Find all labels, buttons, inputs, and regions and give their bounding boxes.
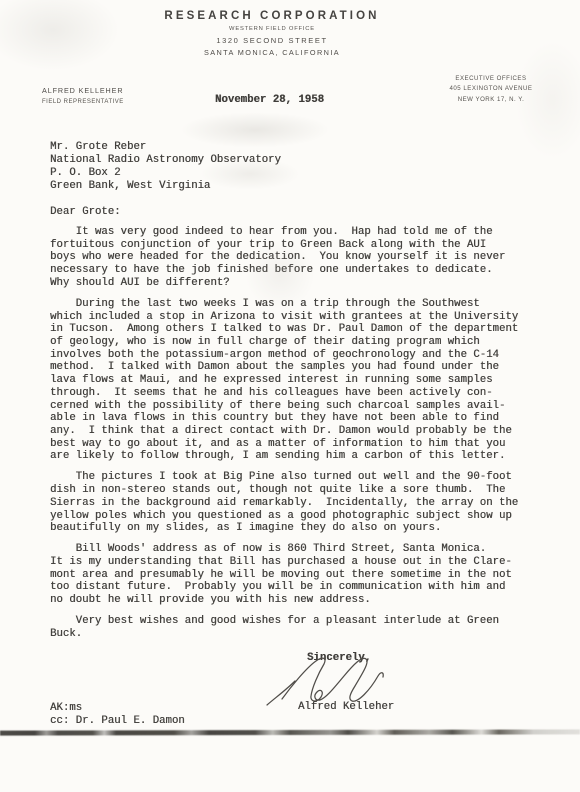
paragraph: The pictures I took at Big Pine also tur…	[50, 471, 536, 535]
letter-line: fortuitous conjunction of your trip to G…	[50, 239, 536, 252]
letter-line: too distant future. Probably you will be…	[50, 581, 536, 594]
letter-line: mont area and presumably he will be movi…	[50, 569, 536, 582]
letterhead-city: SANTA MONICA, CALIFORNIA	[0, 48, 544, 57]
recipient-line: P. O. Box 2	[50, 167, 281, 180]
letter-line: able in lava flows in this country but t…	[50, 412, 536, 425]
executive-offices-line: 405 LEXINGTON AVENUE	[447, 84, 535, 94]
letter-line: which included a stop in Arizona to visi…	[50, 311, 536, 324]
letter-line: in Tucson. Among others I talked to was …	[50, 323, 536, 336]
letterhead: RESEARCH CORPORATION WESTERN FIELD OFFIC…	[0, 10, 544, 57]
letter-date: November 28, 1958	[215, 94, 324, 107]
representative-name: ALFRED KELLEHER	[42, 86, 124, 95]
paragraph: It was very good indeed to hear from you…	[50, 226, 536, 290]
paragraph: Bill Woods' address as of now is 860 Thi…	[50, 543, 536, 607]
executive-offices-line: EXECUTIVE OFFICES	[447, 74, 535, 84]
letter-line: boys who were headed for the dedication.…	[50, 251, 536, 264]
representative-block: ALFRED KELLEHER FIELD REPRESENTATIVE	[42, 86, 124, 105]
recipient-line: Mr. Grote Reber	[50, 141, 281, 154]
letter-line: lava flows at Maui, and he expressed int…	[50, 374, 536, 387]
paragraph: Very best wishes and good wishes for a p…	[50, 615, 536, 640]
letter-line: through. It seems that he and his collea…	[50, 387, 536, 400]
letter-line: involves both the potassium-argon method…	[50, 349, 536, 362]
letterhead-street: 1320 SECOND STREET	[0, 36, 544, 45]
letter-line: necessary to have the job finished befor…	[50, 264, 536, 277]
letter-line: It was very good indeed to hear from you…	[50, 226, 536, 239]
letter-line: Bill Woods' address as of now is 860 Thi…	[50, 543, 536, 556]
letter-line: dish in non-stereo stands out, though no…	[50, 484, 536, 497]
letter-line: Buck.	[50, 628, 536, 641]
letter-line: no doubt he will provide you with his ne…	[50, 594, 536, 607]
letter-line: Very best wishes and good wishes for a p…	[50, 615, 536, 628]
letter-line: best way to go about it, and as a matter…	[50, 438, 536, 451]
salutation: Dear Grote:	[50, 206, 121, 219]
letter-line: During the last two weeks I was on a tri…	[50, 298, 536, 311]
recipient-line: National Radio Astronomy Observatory	[50, 154, 281, 167]
signed-name: Alfred Kelleher	[298, 701, 394, 714]
paragraph: During the last two weeks I was on a tri…	[50, 298, 536, 463]
division-name: WESTERN FIELD OFFICE	[0, 26, 544, 32]
representative-title: FIELD REPRESENTATIVE	[42, 99, 124, 105]
letter-line: It is my understanding that Bill has pur…	[50, 556, 536, 569]
company-name: RESEARCH CORPORATION	[0, 10, 544, 22]
letter-line: of geology, who is now in full charge of…	[50, 336, 536, 349]
letter-line: Why should AUI be different?	[50, 277, 536, 290]
letter-line: Sierras in the background aid remarkably…	[50, 497, 536, 510]
letter-line: cerned with the possibility of there bei…	[50, 400, 536, 413]
scan-artifact-line	[0, 729, 580, 735]
recipient-line: Green Bank, West Virginia	[50, 180, 281, 193]
cc-line: cc: Dr. Paul E. Damon	[50, 715, 185, 728]
recipient-address: Mr. Grote ReberNational Radio Astronomy …	[50, 141, 281, 193]
letter-line: yellow poles which you questioned as a g…	[50, 510, 536, 523]
letter-line: any. I think that a direct contact with …	[50, 425, 536, 438]
letter-line: are likely to follow through, I am sendi…	[50, 450, 536, 463]
letter-line: method. I talked with Damon about the sa…	[50, 361, 536, 374]
typist-initials: AK:ms	[50, 702, 82, 715]
letter-line: The pictures I took at Big Pine also tur…	[50, 471, 536, 484]
scanned-letter-page: RESEARCH CORPORATION WESTERN FIELD OFFIC…	[0, 0, 580, 792]
executive-offices-block: EXECUTIVE OFFICES 405 LEXINGTON AVENUE N…	[447, 74, 535, 105]
letter-body: It was very good indeed to hear from you…	[50, 226, 536, 641]
executive-offices-line: NEW YORK 17, N. Y.	[447, 95, 535, 105]
letter-line: beautifully on my slides, as I imagine t…	[50, 522, 536, 535]
